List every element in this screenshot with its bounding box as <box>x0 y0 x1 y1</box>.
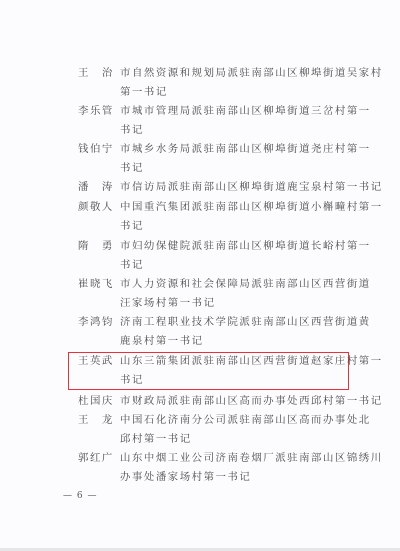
entry-text: 中国石化济南分公司派驻南部山区高而办事处北 <box>120 411 371 430</box>
entry-name: 王 龙 <box>78 411 112 430</box>
entry-text: 市城乡水务局派驻南部山区柳埠街道尧庄村第一 <box>120 140 371 159</box>
entry-text: 书记 <box>120 371 144 390</box>
entry-text: 市财政局派驻南部山区高而办事处西邱村第一书记 <box>120 392 383 411</box>
entry-text: 市妇幼保健院派驻南部山区柳埠街道长峪村第一 <box>120 237 371 256</box>
entry-name: 崔晓飞 <box>78 275 112 294</box>
entry-text: 市人力资源和社会保障局派驻南部山区西营街道 <box>120 275 371 294</box>
entry-text: 济南工程职业技术学院派驻南部山区西营街道黄 <box>120 313 371 332</box>
document-page: 王 治 市自然资源和规划局派驻南部山区柳埠街道吴家村 第一书记 李乐管 市城市管… <box>0 0 400 548</box>
entry-text: 汪家场村第一书记 <box>120 294 216 313</box>
entry-text: 书记 <box>120 121 144 140</box>
entry-name: 颜敬人 <box>78 198 112 217</box>
entry-text: 市城市管理局派驻南部山区柳埠街道三岔村第一 <box>120 102 371 121</box>
entry-text: 市信访局派驻南部山区柳埠街道鹿宝泉村第一书记 <box>120 178 383 197</box>
entry-name: 潘 涛 <box>78 178 112 197</box>
entry-name: 钱伯宁 <box>78 140 112 159</box>
page-number: — 6 — <box>63 487 97 506</box>
entry-name: 隋 勇 <box>78 237 112 256</box>
entry-name: 李鸿钧 <box>78 313 112 332</box>
entry-text: 邱村第一书记 <box>120 430 192 449</box>
entry-name: 杜国庆 <box>78 392 112 411</box>
entry-text: 第一书记 <box>120 83 168 102</box>
entry-name: 王 治 <box>78 64 112 83</box>
entry-text: 书记 <box>120 256 144 275</box>
entry-text: 书记 <box>120 217 144 236</box>
entry-text: 鹿泉村第一书记 <box>120 332 204 351</box>
entry-text: 书记 <box>120 159 144 178</box>
entry-text: 办事处潘家场村第一书记 <box>120 468 251 487</box>
entry-name-highlighted: 王英武 <box>78 352 112 371</box>
entry-text: 市自然资源和规划局派驻南部山区柳埠街道吴家村 <box>120 64 383 83</box>
entry-text: 中国重汽集团派驻南部山区柳埠街道小槲疃村第一 <box>120 198 383 217</box>
entry-text: 山东三箭集团派驻南部山区西营街道赵家庄村第一 <box>120 352 383 371</box>
entry-name: 李乐管 <box>78 102 112 121</box>
entry-name: 郭红广 <box>78 449 112 468</box>
entry-text: 山东中烟工业公司济南卷烟厂派驻南部山区锦绣川 <box>120 449 383 468</box>
